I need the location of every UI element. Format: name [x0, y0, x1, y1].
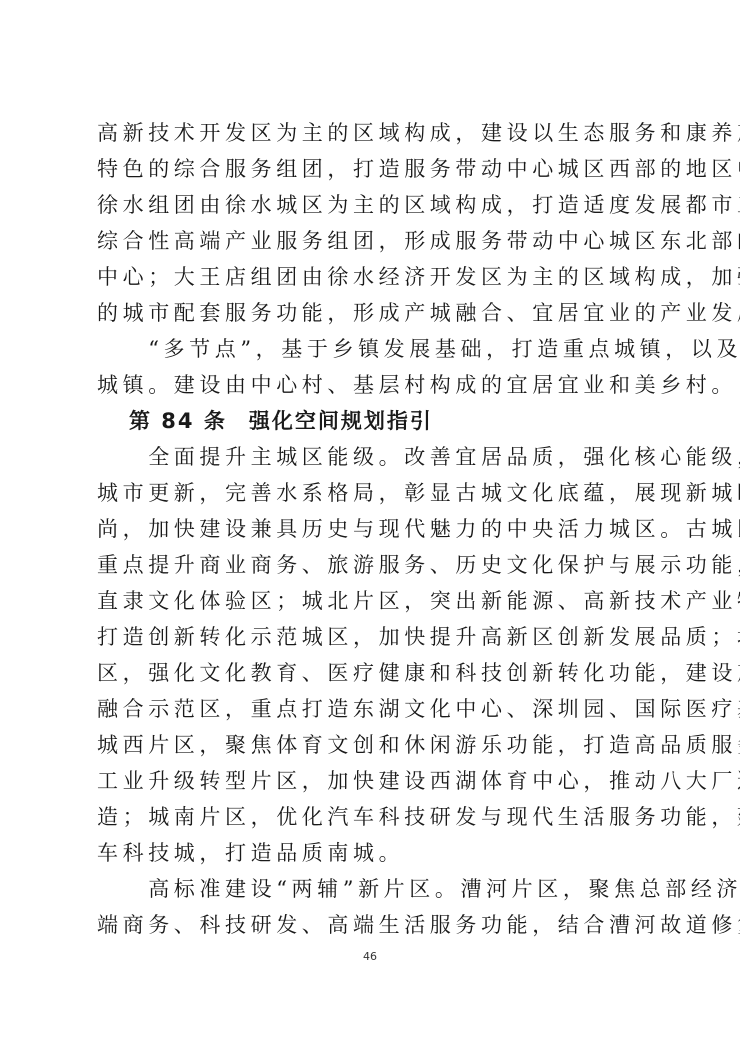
text-line: 造；城南片区，优化汽车科技研发与现代生活服务功能，建设汽: [97, 799, 645, 835]
body-text: 高新技术开发区为主的区域构成，建设以生态服务和康养产业为 特色的综合服务组团，打…: [97, 115, 645, 943]
page-number: 46: [0, 950, 740, 963]
paragraph-start-line: 全面提升主城区能级。改善宜居品质，强化核心能级，推进: [97, 439, 645, 475]
text-line: 区，强化文化教育、医疗健康和科技创新转化功能，建设产学研: [97, 655, 645, 691]
text-line: 中心；大王店组团由徐水经济开发区为主的区域构成，加强组团: [97, 259, 645, 295]
text-line: 城西片区，聚焦体育文创和休闲游乐功能，打造高品质服务与老: [97, 727, 645, 763]
text-line: 融合示范区，重点打造东湖文化中心、深圳园、国际医疗基地；: [97, 691, 645, 727]
text-line: 城市更新，完善水系格局，彰显古城文化底蕴，展现新城时代风: [97, 475, 645, 511]
text-line: 的城市配套服务功能，形成产城融合、宜居宜业的产业发展组团。: [97, 295, 645, 331]
paragraph-start-line: “多节点”，基于乡镇发展基础，打造重点城镇，以及一般: [97, 331, 645, 367]
text-line: 尚，加快建设兼具历史与现代魅力的中央活力城区。古城区域，: [97, 511, 645, 547]
article-title: 强化空间规划指引: [249, 409, 433, 433]
paragraph-start-line: 高标准建设“两辅”新片区。漕河片区，聚焦总部经济、高: [97, 871, 645, 907]
text-line: 重点提升商业商务、旅游服务、历史文化保护与展示功能，打造: [97, 547, 645, 583]
text-line: 打造创新转化示范城区，加快提升高新区创新发展品质；城东片: [97, 619, 645, 655]
document-page: 高新技术开发区为主的区域构成，建设以生态服务和康养产业为 特色的综合服务组团，打…: [0, 0, 740, 1047]
text-line: 城镇。建设由中心村、基层村构成的宜居宜业和美乡村。: [97, 367, 645, 403]
section-heading: 第 84 条强化空间规划指引: [97, 403, 645, 439]
text-line: 徐水组团由徐水城区为主的区域构成，打造适度发展都市工业的: [97, 187, 645, 223]
text-line: 车科技城，打造品质南城。: [97, 835, 645, 871]
text-line: 高新技术开发区为主的区域构成，建设以生态服务和康养产业为: [97, 115, 645, 151]
text-line: 工业升级转型片区，加快建设西湖体育中心，推动八大厂遗址改: [97, 763, 645, 799]
text-line: 直隶文化体验区；城北片区，突出新能源、高新技术产业特色，: [97, 583, 645, 619]
text-line: 端商务、科技研发、高端生活服务功能，结合漕河故道修复，形: [97, 907, 645, 943]
text-line: 综合性高端产业服务组团，形成服务带动中心城区东北部的地区: [97, 223, 645, 259]
text-line: 特色的综合服务组团，打造服务带动中心城区西部的地区中心；: [97, 151, 645, 187]
article-number: 第 84 条: [129, 409, 227, 433]
